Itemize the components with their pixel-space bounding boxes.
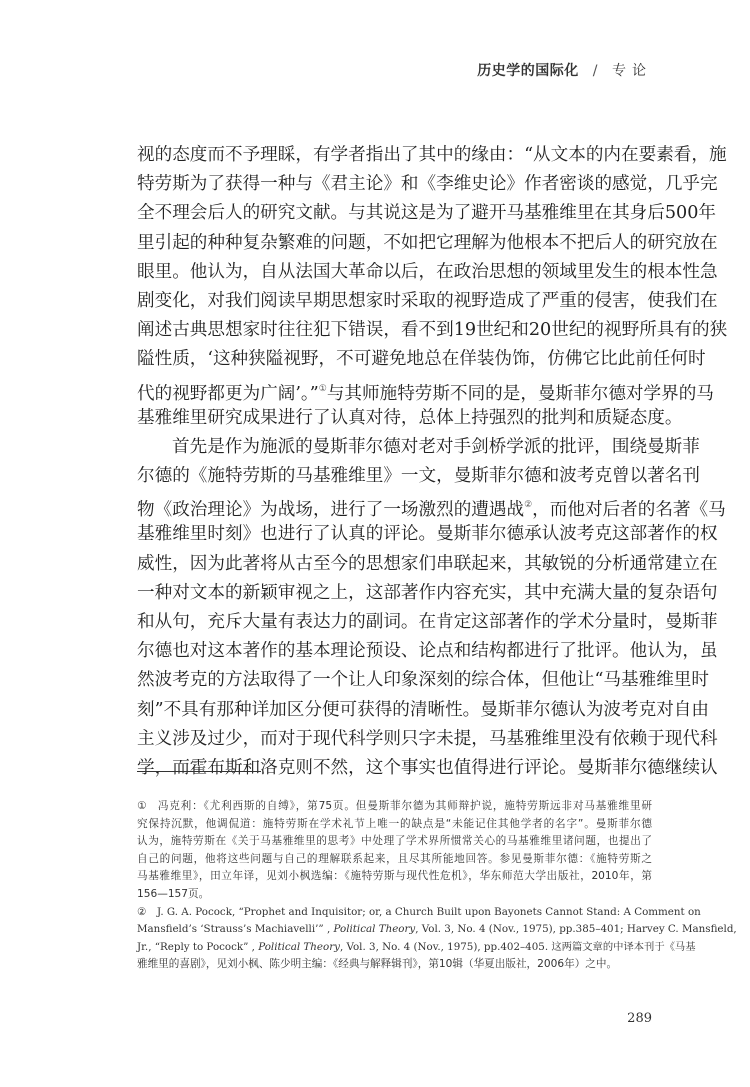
- document-page: 历史学的国际化/专论 视的态度而不予理睬，有学者指出了其中的缘由：“从文本的内在…: [0, 0, 750, 1087]
- footnote-text: J. G. A. Pocock, “Prophet and Inquisitor…: [157, 906, 701, 918]
- body-line-text: ，而他对后者的名著《马: [532, 500, 726, 520]
- footnote-line: Jr., “Reply to Pocock” , Political Theor…: [137, 939, 652, 957]
- body-line: 视的态度而不予理睬，有学者指出了其中的缘由：“从文本的内在要素看，施: [137, 141, 650, 170]
- footnote-line: Mansfield’s ‘Strauss’s Machiavelli’” , P…: [137, 921, 652, 939]
- footnote-text: 冯克利：《尤利西斯的自缚》，第75页。但曼斯菲尔德为其师辩护说，施特劳斯远非对马…: [157, 800, 652, 812]
- body-line: 特劳斯为了获得一种与《君主论》和《李维史论》作者密谈的感觉，几乎完: [137, 170, 650, 199]
- body-line: 阐述古典思想家时往往犯下错误，看不到19世纪和20世纪的视野所具有的狭: [137, 316, 650, 345]
- journal-section-title: 历史学的国际化: [477, 63, 579, 79]
- body-line: 全不理会后人的研究文献。与其说这是为了避开马基雅维里在其身后500年: [137, 199, 650, 228]
- footnote-text: , Vol. 3, No. 4 (Nov., 1975), pp.402–405…: [340, 941, 696, 953]
- footnote-line: ②J. G. A. Pocock, “Prophet and Inquisito…: [137, 904, 652, 922]
- journal-title: Political Theory: [258, 941, 340, 953]
- body-line: 学，而霍布斯和洛克则不然，这个事实也值得进行评论。曼斯菲尔德继续认: [137, 754, 650, 783]
- footnote-line: ①冯克利：《尤利西斯的自缚》，第75页。但曼斯菲尔德为其师辩护说，施特劳斯远非对…: [137, 798, 652, 816]
- footnote-ref-2[interactable]: ②: [524, 500, 532, 510]
- journal-title: Political Theory: [334, 923, 416, 935]
- header-separator: /: [593, 63, 598, 79]
- body-line: 基雅维里时刻》也进行了认真的评论。曼斯菲尔德承认波考克这部著作的权: [137, 520, 650, 549]
- body-line: 和从句，充斥大量有表达力的副词。在肯定这部著作的学术分量时，曼斯菲: [137, 608, 650, 637]
- body-line: 隘性质，‘这种狭隘视野，不可避免地总在佯装伪饰，仿佛它比此前任何时: [137, 345, 650, 374]
- running-header: 历史学的国际化/专论: [0, 60, 652, 80]
- body-line: 里引起的种种复杂繁难的问题，不如把它理解为他根本不把后人的研究放在: [137, 229, 650, 258]
- footnote-mark: ②: [137, 904, 157, 922]
- footnote-divider: [137, 771, 261, 772]
- footnote-line: 认为，施特劳斯在《关于马基雅维里的思考》中处理了学术界所惯常关心的马基雅维里诸问…: [137, 833, 652, 851]
- footnote-text: , Vol. 3, No. 4 (Nov., 1975), pp.385–401…: [415, 923, 736, 935]
- body-line-text: 物《政治理论》为战场，进行了一场激烈的遭遇战: [137, 500, 524, 520]
- body-line: 基雅维里研究成果进行了认真对待，总体上持强烈的批判和质疑态度。: [137, 404, 650, 433]
- footnote-text: Mansfield’s ‘Strauss’s Machiavelli’” ,: [137, 923, 334, 935]
- body-line: 一种对文本的新颖审视之上，这部著作内容充实，其中充满大量的复杂语句: [137, 579, 650, 608]
- body-line: 主义涉及过少，而对于现代科学则只字未提，马基雅维里没有依赖于现代科: [137, 725, 650, 754]
- footnote-ref-1[interactable]: ①: [319, 384, 327, 394]
- body-line: 刻”不具有那种详加区分便可获得的清晰性。曼斯菲尔德认为波考克对自由: [137, 696, 650, 725]
- body-line: 眼里。他认为，自从法国大革命以后，在政治思想的领域里发生的根本性急: [137, 258, 650, 287]
- footnotes: ①冯克利：《尤利西斯的自缚》，第75页。但曼斯菲尔德为其师辩护说，施特劳斯远非对…: [137, 798, 652, 974]
- footnote-line: 156—157页。: [137, 886, 652, 904]
- body-line-text: 代的视野都更为广阔’。”: [137, 384, 319, 404]
- footnote-line: 究保持沉默，他调侃道：施特劳斯在学术礼节上唯一的缺点是“未能记住其他学者的名字”…: [137, 816, 652, 834]
- footnote-2: ②J. G. A. Pocock, “Prophet and Inquisito…: [137, 904, 652, 974]
- body-text: 视的态度而不予理睬，有学者指出了其中的缘由：“从文本的内在要素看，施 特劳斯为了…: [137, 141, 650, 783]
- footnote-line: 自己的问题，他将这些问题与自己的理解联系起来，且尽其所能地回答。参见曼斯菲尔德：…: [137, 851, 652, 869]
- paragraph-start-line: 首先是作为施派的曼斯菲尔德对老对手剑桥学派的批评，围绕曼斯菲: [137, 433, 650, 462]
- body-line: 然波考克的方法取得了一个让人印象深刻的综合体，但他让“马基雅维里时: [137, 666, 650, 695]
- body-line: 尔德的《施特劳斯的马基雅维里》一文，曼斯菲尔德和波考克曾以著名刊: [137, 462, 650, 491]
- column-title: 专论: [612, 63, 652, 79]
- body-line: 代的视野都更为广阔’。”①与其师施特劳斯不同的是，曼斯菲尔德对学界的马: [137, 375, 650, 404]
- body-line-text: 与其师施特劳斯不同的是，曼斯菲尔德对学界的马: [327, 384, 714, 404]
- footnote-line: 马基雅维里》，田立年译，见刘小枫选编：《施特劳斯与现代性危机》，华东师范大学出版…: [137, 868, 652, 886]
- page-number: 289: [600, 1011, 652, 1026]
- footnote-1: ①冯克利：《尤利西斯的自缚》，第75页。但曼斯菲尔德为其师辩护说，施特劳斯远非对…: [137, 798, 652, 904]
- body-line: 尔德也对这本著作的基本理论预设、论点和结构都进行了批评。他认为，虽: [137, 637, 650, 666]
- footnote-mark: ①: [137, 798, 157, 816]
- footnote-text: Jr., “Reply to Pocock” ,: [137, 941, 258, 953]
- body-line: 威性，因为此著将从古至今的思想家们串联起来，其敏锐的分析通常建立在: [137, 550, 650, 579]
- footnote-line: 雅维里的喜剧》，见刘小枫、陈少明主编：《经典与解释辑刊》，第10辑（华夏出版社，…: [137, 956, 652, 974]
- body-line: 剧变化，对我们阅读早期思想家时采取的视野造成了严重的侵害，使我们在: [137, 287, 650, 316]
- body-line: 物《政治理论》为战场，进行了一场激烈的遭遇战②，而他对后者的名著《马: [137, 491, 650, 520]
